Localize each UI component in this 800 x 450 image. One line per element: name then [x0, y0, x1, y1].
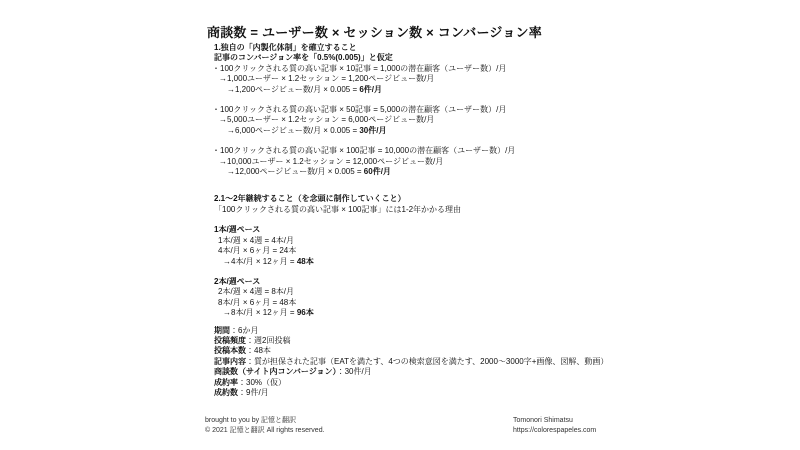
summary-row: 商談数（サイト内コンバージョン）：30件/月: [214, 367, 608, 377]
formula-prefix: →12,000ページビュー数/月 × 0.005 =: [227, 167, 364, 176]
summary-value: 質が担保された記事（EATを満たす、4つの検索意図を満たす、2000〜3000字…: [254, 357, 608, 366]
pace-formula-line: 4本/月 × 6ヶ月 = 24本: [218, 246, 608, 256]
formula-result-line: →1,200ページビュー数/月 × 0.005 = 6件/月: [227, 85, 608, 95]
pace-title: 2本/週ペース: [214, 277, 608, 287]
summary-separator: ：: [238, 378, 246, 387]
bullet-line: ・100クリックされる質の高い記事 × 100記事 = 10,000の潜在顧客（…: [212, 146, 608, 156]
formula-prefix: →6,000ページビュー数/月 × 0.005 =: [227, 126, 359, 135]
section-1: 1.独自の「内製化体制」を確立すること 記事のコンバージョン率を「0.5%(0.…: [214, 43, 608, 177]
scenario-block-3: ・100クリックされる質の高い記事 × 100記事 = 10,000の潜在顧客（…: [214, 146, 608, 177]
summary-value: 9件/月: [246, 388, 269, 397]
footer-author: Tomonori Shimatsu: [513, 416, 596, 426]
summary-list: 期間：6か月 投稿頻度：週2回投稿 投稿本数：48本 記事内容：質が担保された記…: [214, 326, 608, 399]
formula-result-line: →12,000ページビュー数/月 × 0.005 = 60件/月: [227, 167, 608, 177]
summary-row: 投稿頻度：週2回投稿: [214, 336, 608, 346]
formula-result-line: →6,000ページビュー数/月 × 0.005 = 30件/月: [227, 126, 608, 136]
scenario-block-1: ・100クリックされる質の高い記事 × 10記事 = 1,000の潜在顧客（ユー…: [214, 64, 608, 95]
summary-separator: ：: [246, 357, 254, 366]
summary-label: 記事内容: [214, 357, 246, 366]
scenario-block-2: ・100クリックされる質の高い記事 × 50記事 = 5,000の潜在顧客（ユー…: [214, 105, 608, 136]
pace-block-2: 2本/週ペース 2本/週 × 4週 = 8本/月 8本/月 × 6ヶ月 = 48…: [214, 277, 608, 319]
footer-url: https://colorespapeles.com: [513, 426, 596, 436]
summary-row: 記事内容：質が担保された記事（EATを満たす、4つの検索意図を満たす、2000〜…: [214, 357, 608, 367]
summary-row: 投稿本数：48本: [214, 346, 608, 356]
formula-line: →5,000ユーザー × 1.2セッション = 6,000ページビュー数/月: [219, 115, 608, 125]
formula-result: 48本: [297, 257, 314, 266]
formula-prefix: →4本/月 × 12ヶ月 =: [223, 257, 297, 266]
formula-result: 6件/月: [359, 85, 382, 94]
summary-row: 期間：6か月: [214, 326, 608, 336]
formula-result: 30件/月: [359, 126, 386, 135]
summary-separator: ：: [246, 336, 254, 345]
summary-separator: ：: [337, 367, 345, 376]
summary-label: 投稿頻度: [214, 336, 246, 345]
summary-row: 成約率：30%（仮）: [214, 378, 608, 388]
summary-value: 30%（仮）: [246, 378, 286, 387]
footer-author-block: Tomonori Shimatsu https://colorespapeles…: [513, 416, 596, 436]
document-body: 1.独自の「内製化体制」を確立すること 記事のコンバージョン率を「0.5%(0.…: [214, 43, 608, 398]
summary-value: 6か月: [238, 326, 258, 335]
summary-value: 週2回投稿: [254, 336, 290, 345]
pace-title: 1本/週ペース: [214, 225, 608, 235]
summary-separator: ：: [238, 388, 246, 397]
footer-credit-block: brought to you by 記憶と翻訳 © 2021 記憶と翻訳 All…: [205, 416, 325, 436]
footer-credit: brought to you by 記憶と翻訳: [205, 416, 325, 426]
slide: 商談数 = ユーザー数 × セッション数 × コンバージョン率 1.独自の「内製…: [0, 0, 800, 450]
document-title: 商談数 = ユーザー数 × セッション数 × コンバージョン率: [207, 22, 542, 41]
summary-label: 成約率: [214, 378, 238, 387]
summary-value: 30件/月: [345, 367, 372, 376]
pace-result-line: →8本/月 × 12ヶ月 = 96本: [223, 308, 608, 318]
section-2: 2.1〜2年継続すること（を念頭に制作していくこと） 「100クリックされる質の…: [214, 194, 608, 318]
pace-block-1: 1本/週ペース 1本/週 × 4週 = 4本/月 4本/月 × 6ヶ月 = 24…: [214, 225, 608, 267]
summary-separator: ：: [230, 326, 238, 335]
formula-line: →10,000ユーザー × 1.2セッション = 12,000ページビュー数/月: [219, 157, 608, 167]
pace-result-line: →4本/月 × 12ヶ月 = 48本: [223, 257, 608, 267]
summary-separator: ：: [246, 346, 254, 355]
formula-prefix: →1,200ページビュー数/月 × 0.005 =: [227, 85, 359, 94]
section2-subheading: 「100クリックされる質の高い記事 × 100記事」には1-2年かかる理由: [214, 205, 608, 215]
section1-heading: 1.独自の「内製化体制」を確立すること: [214, 43, 608, 53]
pace-formula-line: 2本/週 × 4週 = 8本/月: [218, 287, 608, 297]
summary-label: 商談数（サイト内コンバージョン）: [214, 367, 337, 376]
footer-copyright: © 2021 記憶と翻訳 All rights reserved.: [205, 426, 325, 436]
section2-heading: 2.1〜2年継続すること（を念頭に制作していくこと）: [214, 194, 608, 204]
summary-row: 成約数：9件/月: [214, 388, 608, 398]
pace-formula-line: 1本/週 × 4週 = 4本/月: [218, 236, 608, 246]
summary-label: 投稿本数: [214, 346, 246, 355]
formula-result: 60件/月: [364, 167, 391, 176]
summary-label: 期間: [214, 326, 230, 335]
formula-line: →1,000ユーザー × 1.2セッション = 1,200ページビュー数/月: [219, 74, 608, 84]
summary-value: 48本: [254, 346, 271, 355]
summary-label: 成約数: [214, 388, 238, 397]
section1-assumption: 記事のコンバージョン率を「0.5%(0.005)」と仮定: [214, 53, 608, 63]
bullet-line: ・100クリックされる質の高い記事 × 10記事 = 1,000の潜在顧客（ユー…: [212, 64, 608, 74]
formula-result: 96本: [297, 308, 314, 317]
pace-formula-line: 8本/月 × 6ヶ月 = 48本: [218, 298, 608, 308]
bullet-line: ・100クリックされる質の高い記事 × 50記事 = 5,000の潜在顧客（ユー…: [212, 105, 608, 115]
formula-prefix: →8本/月 × 12ヶ月 =: [223, 308, 297, 317]
